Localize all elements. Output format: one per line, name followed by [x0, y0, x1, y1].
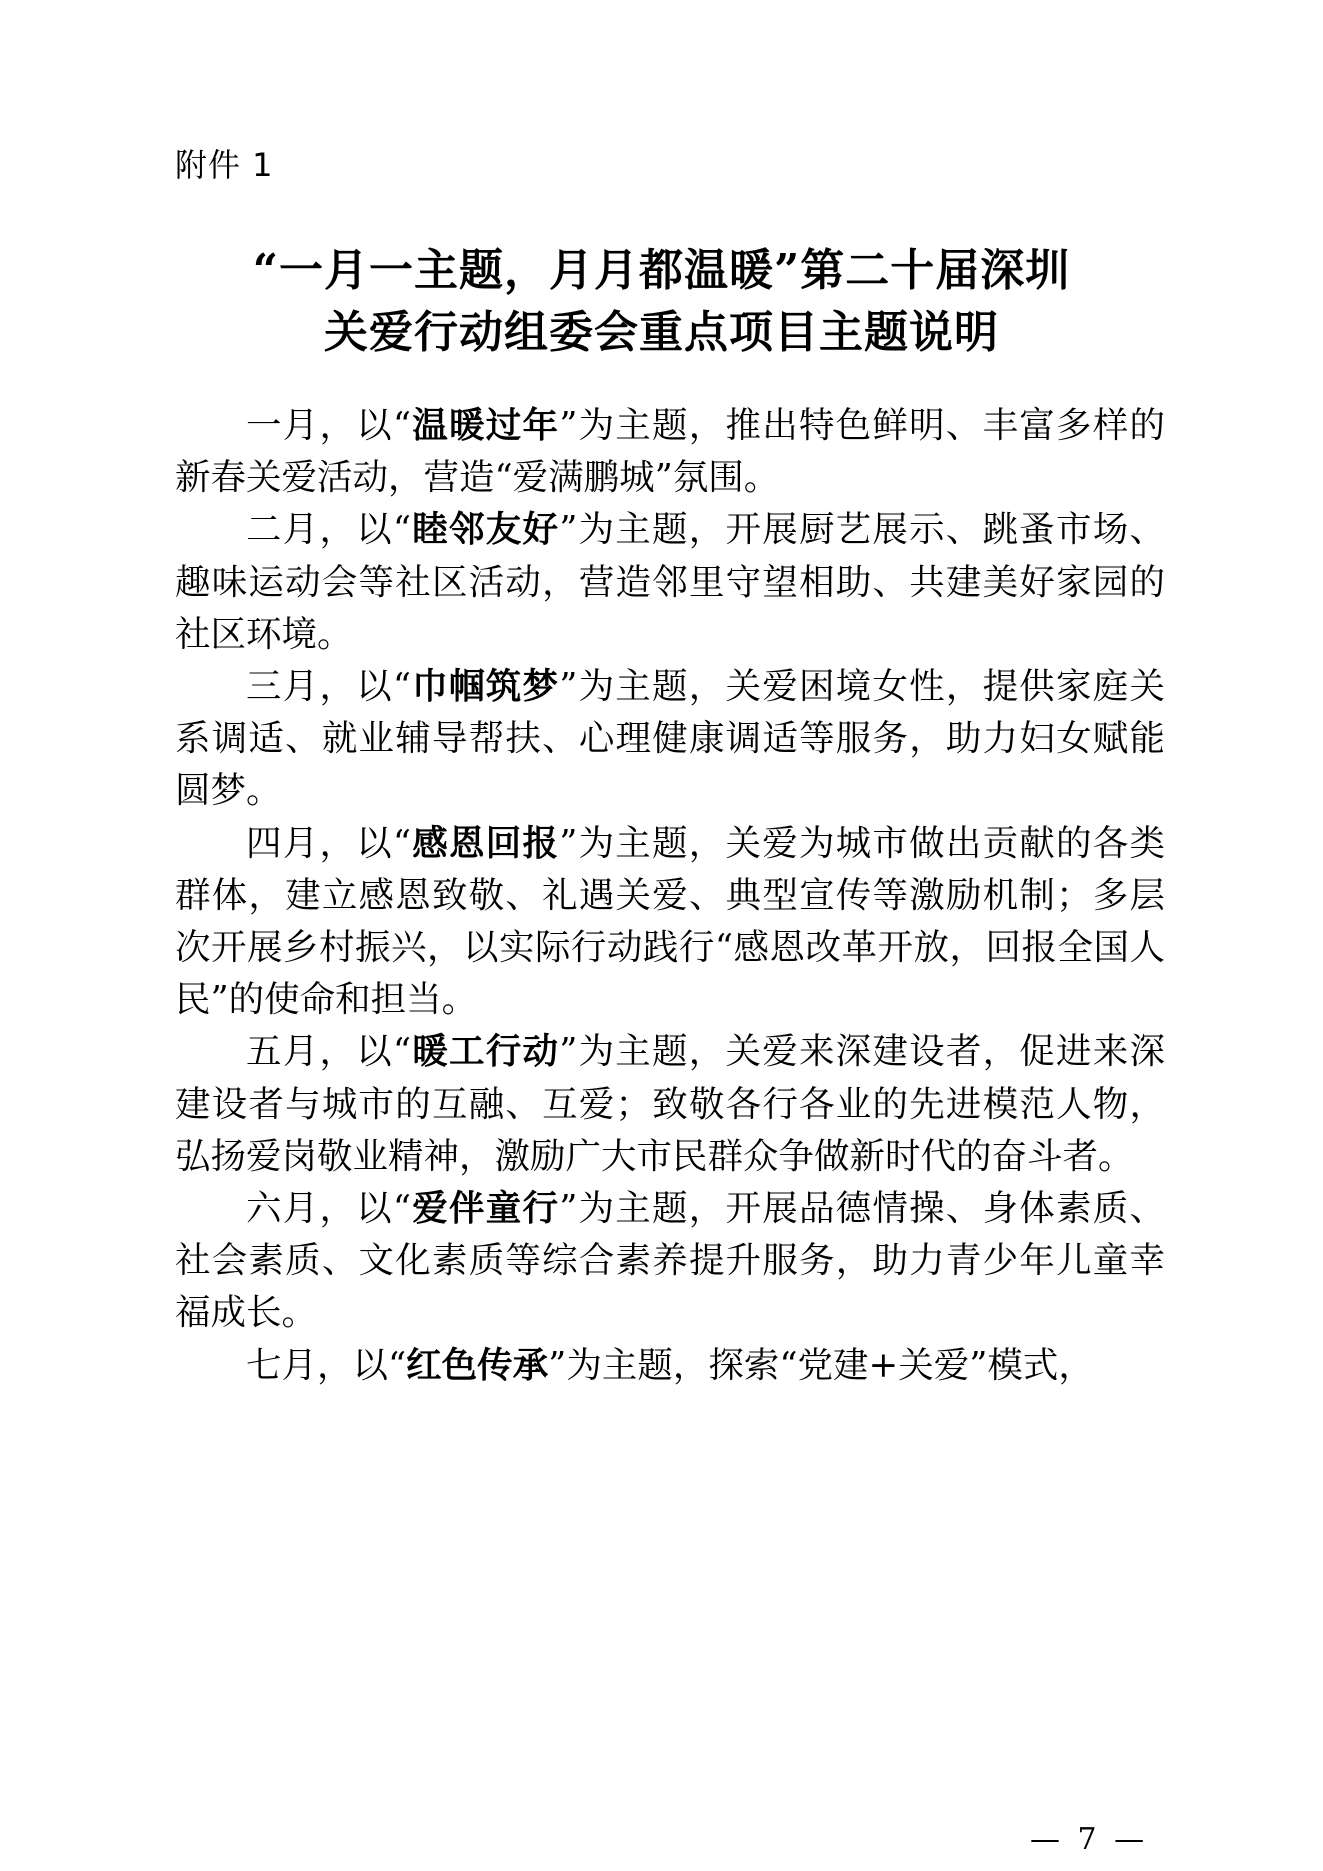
paragraph-july: 七月，以“红色传承”为主题，探索“党建+关爱”模式，: [175, 1340, 1165, 1392]
paragraph-march: 三月，以“巾帼筑梦”为主题，关爱困境女性，提供家庭关系调适、就业辅导帮扶、心理健…: [175, 661, 1165, 818]
attachment-label: 附件 1: [175, 140, 274, 190]
paragraph-text: 四月，以“: [246, 823, 411, 864]
paragraph-june: 六月，以“爱伴童行”为主题，开展品德情操、身体素质、社会素质、文化素质等综合素养…: [175, 1183, 1165, 1340]
document-body: 一月，以“温暖过年”为主题，推出特色鲜明、丰富多样的新春关爱活动，营造“爱满鹏城…: [175, 400, 1165, 1392]
theme-name: 暖工行动: [411, 1031, 559, 1072]
paragraph-january: 一月，以“温暖过年”为主题，推出特色鲜明、丰富多样的新春关爱活动，营造“爱满鹏城…: [175, 400, 1165, 504]
paragraph-text: ”为主题，探索“党建+关爱”模式，: [548, 1345, 1094, 1386]
paragraph-february: 二月，以“睦邻友好”为主题，开展厨艺展示、跳蚤市场、趣味运动会等社区活动，营造邻…: [175, 504, 1165, 661]
paragraph-text: 一月，以“: [246, 405, 411, 446]
theme-name: 红色传承: [406, 1345, 548, 1386]
theme-name: 睦邻友好: [411, 509, 559, 550]
document-title: “一月一主题，月月都温暖”第二十届深圳 关爱行动组委会重点项目主题说明: [0, 240, 1323, 364]
paragraph-text: 二月，以“: [246, 509, 411, 550]
paragraph-text: 三月，以“: [246, 666, 411, 707]
paragraph-text: 七月，以“: [246, 1345, 406, 1386]
theme-name: 巾帼筑梦: [411, 666, 559, 707]
title-line-2: 关爱行动组委会重点项目主题说明: [0, 302, 1323, 364]
title-line-1: “一月一主题，月月都温暖”第二十届深圳: [0, 240, 1323, 302]
page-number: — 7 —: [1030, 1820, 1148, 1860]
paragraph-text: 六月，以“: [246, 1188, 411, 1229]
theme-name: 感恩回报: [411, 823, 559, 864]
document-page: 附件 1 “一月一主题，月月都温暖”第二十届深圳 关爱行动组委会重点项目主题说明…: [0, 0, 1323, 1871]
paragraph-may: 五月，以“暖工行动”为主题，关爱来深建设者，促进来深建设者与城市的互融、互爱；致…: [175, 1026, 1165, 1183]
theme-name: 爱伴童行: [411, 1188, 559, 1229]
paragraph-text: 五月，以“: [246, 1031, 411, 1072]
theme-name: 温暖过年: [411, 405, 559, 446]
paragraph-april: 四月，以“感恩回报”为主题，关爱为城市做出贡献的各类群体，建立感恩致敬、礼遇关爱…: [175, 818, 1165, 1027]
